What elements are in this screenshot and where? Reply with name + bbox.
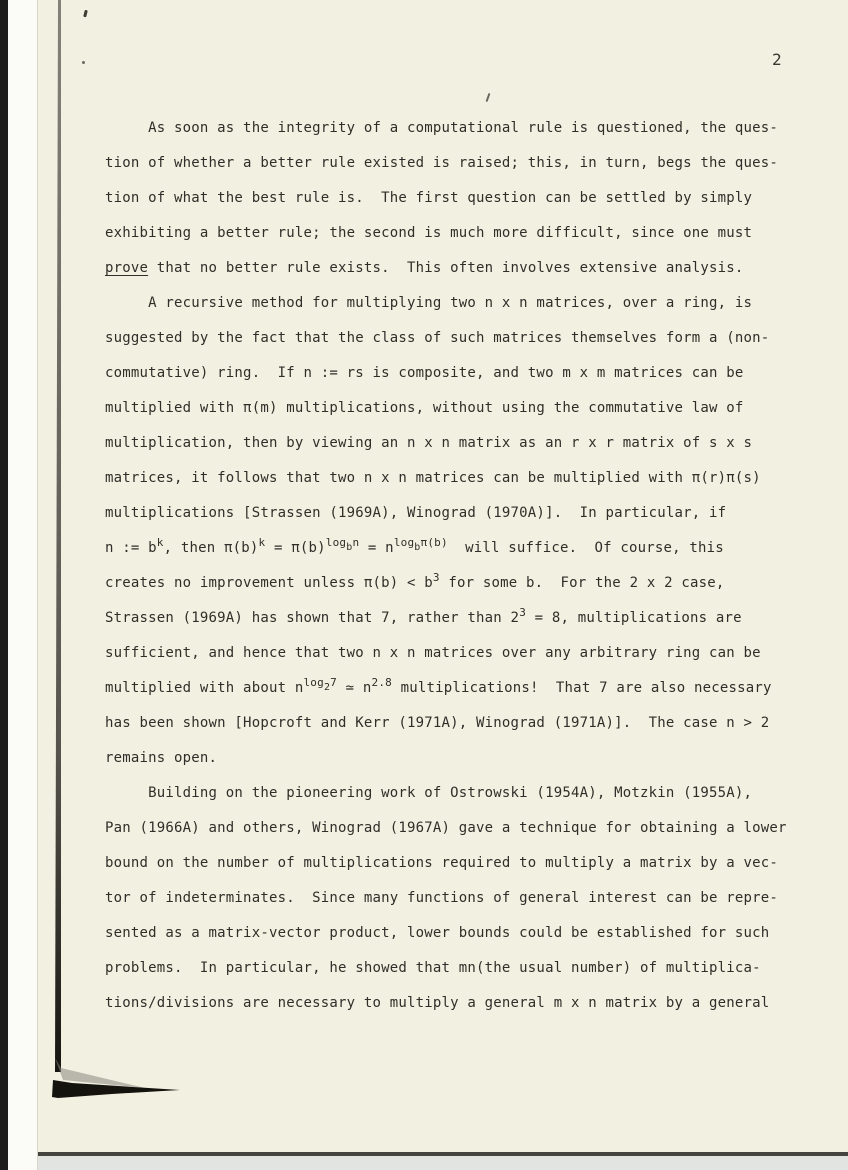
text-segment: suggested by the fact that the class of … (105, 330, 769, 346)
scanner-left-strip (8, 0, 38, 1170)
superscript-text: 2.8 (372, 676, 392, 689)
text-line: tions/divisions are necessary to multipl… (105, 986, 805, 1021)
superscript-text: 3 (433, 571, 440, 584)
text-segment: n := b (105, 540, 157, 556)
text-segment: multiplications [Strassen (1969A), Winog… (105, 505, 726, 521)
text-segment: matrices, it follows that two n x n matr… (105, 470, 761, 486)
text-segment: ≃ n (337, 680, 372, 696)
superscript-text: log (326, 536, 346, 549)
text-line: sented as a matrix-vector product, lower… (105, 916, 805, 951)
text-line: tion of what the best rule is. The first… (105, 181, 805, 216)
superscript-text: k (157, 536, 164, 549)
text-segment: tion of what the best rule is. The first… (105, 190, 752, 206)
text-segment: will suffice. Of course, this (448, 540, 724, 556)
text-line: matrices, it follows that two n x n matr… (105, 461, 805, 496)
text-segment: tion of whether a better rule existed is… (105, 155, 778, 171)
scan-speck-slash (486, 93, 491, 102)
text-line: Building on the pioneering work of Ostro… (105, 776, 805, 811)
text-line: remains open. (105, 741, 805, 776)
underlined-text: prove (105, 260, 148, 276)
text-segment: for some b. For the 2 x 2 case, (440, 575, 725, 591)
text-line: suggested by the fact that the class of … (105, 321, 805, 356)
text-segment: exhibiting a better rule; the second is … (105, 225, 752, 241)
text-line: has been shown [Hopcroft and Kerr (1971A… (105, 706, 805, 741)
text-segment: multiplications! That 7 are also necessa… (392, 680, 772, 696)
superscript-text: 7 (330, 676, 337, 689)
text-segment: Strassen (1969A) has shown that 7, rathe… (105, 610, 519, 626)
text-segment: multiplied with π(m) multiplications, wi… (105, 400, 744, 416)
text-segment: multiplied with about n (105, 680, 303, 696)
text-line: A recursive method for multiplying two n… (105, 286, 805, 321)
text-segment: remains open. (105, 750, 217, 766)
scan-speck-apostrophe (83, 10, 87, 17)
text-segment: = π(b) (265, 540, 325, 556)
page-number: 2 (772, 50, 782, 69)
text-line: exhibiting a better rule; the second is … (105, 216, 805, 251)
text-segment: As soon as the integrity of a computatio… (105, 120, 778, 136)
text-segment: = 8, multiplications are (526, 610, 742, 626)
text-segment: creates no improvement unless π(b) < b (105, 575, 433, 591)
superscript-text: log (303, 676, 323, 689)
text-segment: that no better rule exists. This often i… (148, 260, 743, 276)
superscript-text: 3 (519, 606, 526, 619)
text-segment: Pan (1966A) and others, Winograd (1967A)… (105, 820, 787, 836)
text-line: creates no improvement unless π(b) < b3 … (105, 566, 805, 601)
text-line: prove that no better rule exists. This o… (105, 251, 805, 286)
scan-speck-dot (82, 61, 85, 64)
superscript-text: n (352, 536, 359, 549)
text-segment: sufficient, and hence that two n x n mat… (105, 645, 761, 661)
text-segment: has been shown [Hopcroft and Kerr (1971A… (105, 715, 769, 731)
text-line: multiplied with about nlog27 ≃ n2.8 mult… (105, 671, 805, 706)
scanned-document-page: 2 As soon as the integrity of a computat… (0, 0, 848, 1170)
text-segment: A recursive method for multiplying two n… (105, 295, 752, 311)
text-line: n := bk, then π(b)k = π(b)logbn = nlogbπ… (105, 531, 805, 566)
superscript-text: b (414, 542, 420, 553)
text-segment: , then π(b) (164, 540, 259, 556)
text-segment: commutative) ring. If n := rs is composi… (105, 365, 744, 381)
text-lines: As soon as the integrity of a computatio… (105, 111, 805, 1021)
text-segment: sented as a matrix-vector product, lower… (105, 925, 769, 941)
text-line: commutative) ring. If n := rs is composi… (105, 356, 805, 391)
text-line: multiplications [Strassen (1969A), Winog… (105, 496, 805, 531)
paper-bottom-edge (20, 1152, 848, 1170)
text-line: tor of indeterminates. Since many functi… (105, 881, 805, 916)
text-line: tion of whether a better rule existed is… (105, 146, 805, 181)
superscript-text: π(b) (421, 536, 448, 549)
text-line: sufficient, and hence that two n x n mat… (105, 636, 805, 671)
text-segment: tions/divisions are necessary to multipl… (105, 995, 769, 1011)
text-line: Strassen (1969A) has shown that 7, rathe… (105, 601, 805, 636)
scan-left-dark-edge (0, 0, 8, 1170)
text-segment: Building on the pioneering work of Ostro… (105, 785, 752, 801)
text-line: As soon as the integrity of a computatio… (105, 111, 805, 146)
text-line: Pan (1966A) and others, Winograd (1967A)… (105, 811, 805, 846)
superscript-text: log (394, 536, 414, 549)
superscript-text: k (259, 536, 266, 549)
text-segment: problems. In particular, he showed that … (105, 960, 761, 976)
text-segment: = n (359, 540, 394, 556)
text-line: bound on the number of multiplications r… (105, 846, 805, 881)
text-line: multiplication, then by viewing an n x n… (105, 426, 805, 461)
text-segment: bound on the number of multiplications r… (105, 855, 778, 871)
text-line: problems. In particular, he showed that … (105, 951, 805, 986)
text-segment: multiplication, then by viewing an n x n… (105, 435, 752, 451)
text-line: multiplied with π(m) multiplications, wi… (105, 391, 805, 426)
text-segment: tor of indeterminates. Since many functi… (105, 890, 778, 906)
